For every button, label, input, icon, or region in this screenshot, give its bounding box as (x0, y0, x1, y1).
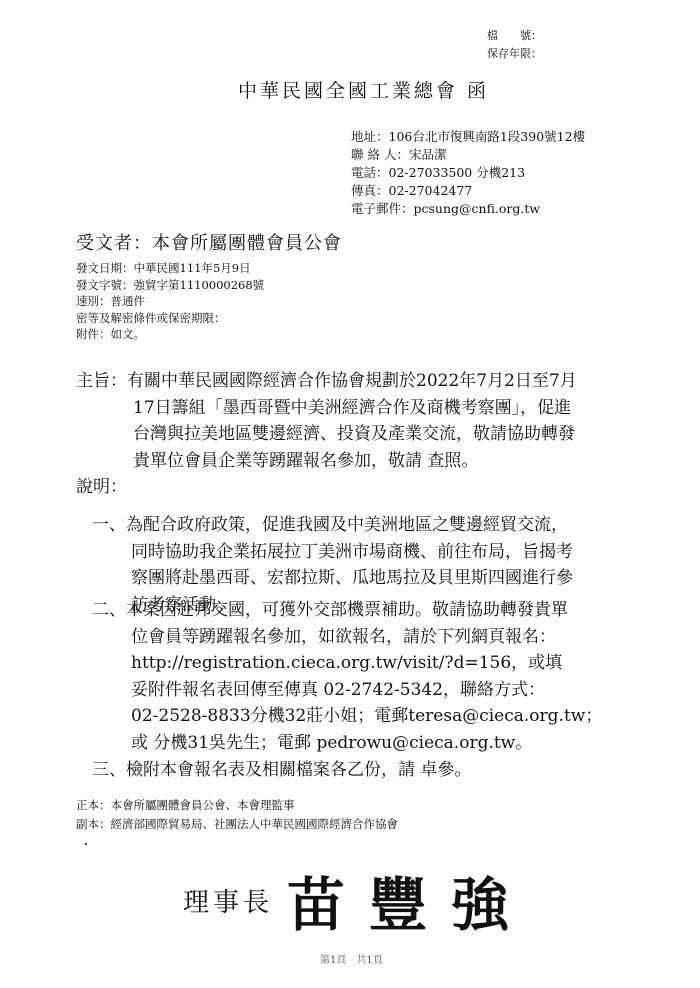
item-line: 位會員等踴躍報名參加，如欲報名，請於下列網頁報名： (92, 624, 602, 651)
contact-email-teresa[interactable]: 02-2528-8833分機32莊小姐；電郵teresa@cieca.org.t… (92, 703, 602, 730)
document-meta: 發文日期：中華民國111年5月9日 發文字號：強貿字第1110000268號 速… (76, 260, 264, 343)
subject-section: 主旨：有關中華民國國際經濟合作協會規劃於2022年7月2日至7月 17日籌組「墨… (76, 368, 577, 474)
subject-line: 貴單位會員企業等踴躍報名參加，敬請 查照。 (76, 448, 577, 475)
contact-phone: 電話：02-27033500 分機213 (351, 164, 585, 182)
item-line: 妥附件報名表回傳至傳真 02-2742-5342，聯絡方式： (92, 677, 602, 704)
document-title: 中華民國全國工業總會 函 (238, 76, 489, 103)
copy-recipients: 副本：經濟部國際貿易局、社團法人中華民國國際經濟合作協會 (76, 815, 398, 834)
explanation-label: 說明： (76, 472, 127, 497)
distribution-list: 正本：本會所屬團體會員公會、本會理監事 副本：經濟部國際貿易局、社團法人中華民國… (76, 796, 398, 834)
secrecy-level: 密等及解密條件或保密期限： (76, 310, 264, 327)
item-line: 同時協助我企業拓展拉丁美洲市場商機、前往布局，旨揭考 (92, 539, 573, 566)
item-line: 察團將赴墨西哥、宏都拉斯、瓜地馬拉及貝里斯四國進行參 (92, 565, 573, 592)
subject-line: 主旨：有關中華民國國際經濟合作協會規劃於2022年7月2日至7月 (76, 368, 577, 395)
issue-date: 發文日期：中華民國111年5月9日 (76, 260, 264, 277)
item-line: 一、為配合政府政策，促進我國及中美洲地區之雙邊經貿交流， (92, 512, 573, 539)
attachment-note: 附件：如文。 (76, 326, 264, 343)
subject-line: 台灣與拉美地區雙邊經濟、投資及產業交流，敬請協助轉發 (76, 421, 577, 448)
contact-fax: 傳真：02-27042477 (351, 182, 585, 200)
document-number: 發文字號：強貿字第1110000268號 (76, 277, 264, 294)
delivery-speed: 速別：普通件 (76, 293, 264, 310)
scan-speck (85, 843, 87, 845)
signature-block: 理事長 苗豐強 (183, 858, 533, 942)
file-number-label: 檔 號： (487, 27, 542, 45)
retention-period-label: 保存年限： (487, 45, 542, 63)
item-line: 三、檢附本會報名表及相關檔案各乙份，請 卓參。 (92, 757, 471, 784)
explanation-item-3: 三、檢附本會報名表及相關檔案各乙份，請 卓參。 (92, 757, 471, 784)
contact-info: 地址：106台北市復興南路1段390號12樓 聯 絡 人：宋品潔 電話：02-2… (351, 128, 585, 218)
signer-title: 理事長 (183, 882, 273, 919)
item-line: 二、本案因赴邦交國，可獲外交部機票補助。敬請協助轉發貴單 (92, 597, 602, 624)
contact-address: 地址：106台北市復興南路1段390號12樓 (351, 128, 585, 146)
primary-recipients: 正本：本會所屬團體會員公會、本會理監事 (76, 796, 398, 815)
signer-name: 苗豐強 (287, 858, 533, 942)
contact-email-pedrowu[interactable]: 或 分機31吳先生；電郵 pedrowu@cieca.org.tw。 (92, 730, 602, 757)
registration-url[interactable]: http://registration.cieca.org.tw/visit/?… (92, 650, 602, 677)
recipient: 受文者：本會所屬團體會員公會 (76, 229, 342, 255)
explanation-item-2: 二、本案因赴邦交國，可獲外交部機票補助。敬請協助轉發貴單 位會員等踴躍報名參加，… (92, 597, 602, 756)
archive-info: 檔 號： 保存年限： (487, 27, 542, 63)
contact-person: 聯 絡 人：宋品潔 (351, 146, 585, 164)
subject-line: 17日籌組「墨西哥暨中美洲經濟合作及商機考察團」，促進 (76, 395, 577, 422)
page-indicator: 第1頁 共1頁 (320, 951, 383, 966)
contact-email: 電子郵件：pcsung@cnfi.org.tw (351, 200, 585, 218)
